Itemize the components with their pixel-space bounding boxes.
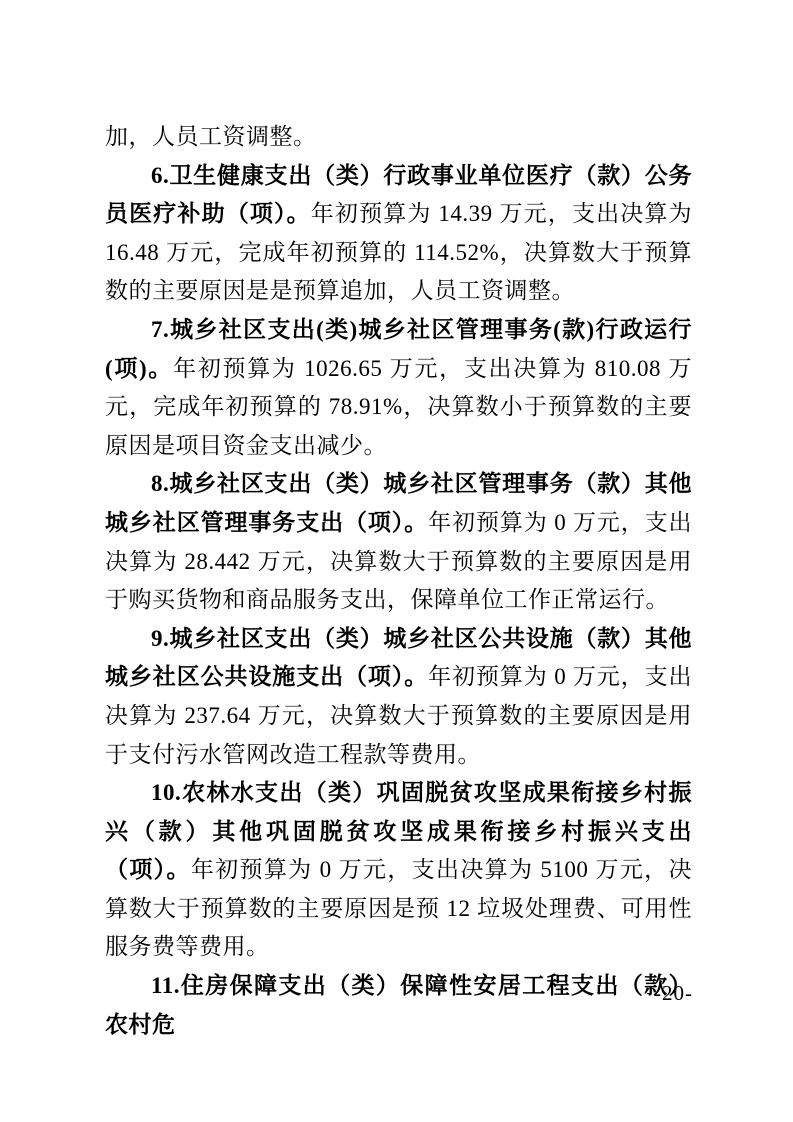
budget-item-6-paragraph: 6.卫生健康支出（类）行政事业单位医疗（款）公务员医疗补助（项）。年初预算为 1… xyxy=(105,157,692,311)
paragraph-body: 加，人员工资调整。 xyxy=(105,124,317,149)
paragraph-continuation: 加，人员工资调整。 xyxy=(105,118,692,157)
budget-item-11-heading: 11.住房保障支出（类）保障性安居工程支出（款）农村危 xyxy=(105,973,692,1037)
budget-item-7-body: 年初预算为 1026.65 万元，支出决算为 810.08 万元，完成年初预算的… xyxy=(105,356,692,458)
document-page: 加，人员工资调整。 6.卫生健康支出（类）行政事业单位医疗（款）公务员医疗补助（… xyxy=(0,0,793,1122)
budget-item-8-paragraph: 8.城乡社区支出（类）城乡社区管理事务（款）其他城乡社区管理事务支出（项）。年初… xyxy=(105,465,692,619)
budget-item-10-paragraph: 10.农林水支出（类）巩固脱贫攻坚成果衔接乡村振兴（款）其他巩固脱贫攻坚成果衔接… xyxy=(105,774,692,967)
budget-item-7-paragraph: 7.城乡社区支出(类)城乡社区管理事务(款)行政运行(项)。年初预算为 1026… xyxy=(105,311,692,465)
page-content: 加，人员工资调整。 6.卫生健康支出（类）行政事业单位医疗（款）公务员医疗补助（… xyxy=(105,118,692,1044)
budget-item-10-body: 年初预算为 0 万元，支出决算为 5100 万元，决算数大于预算数的主要原因是预… xyxy=(105,857,692,959)
page-number: -20- xyxy=(654,981,693,1006)
budget-item-9-paragraph: 9.城乡社区支出（类）城乡社区公共设施（款）其他城乡社区公共设施支出（项）。年初… xyxy=(105,620,692,774)
budget-item-11-paragraph: 11.住房保障支出（类）保障性安居工程支出（款）农村危 xyxy=(105,967,692,1044)
